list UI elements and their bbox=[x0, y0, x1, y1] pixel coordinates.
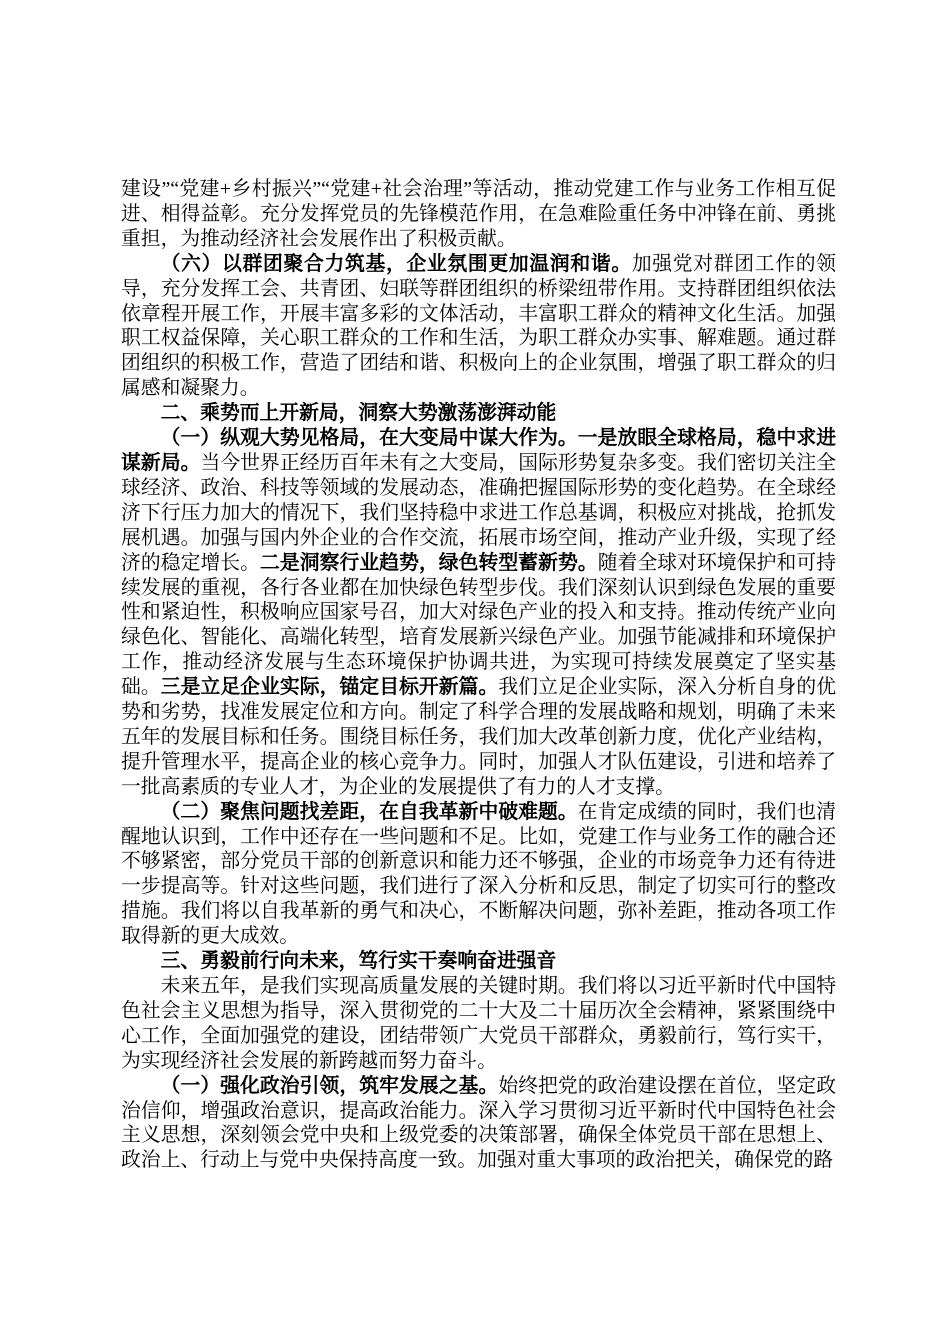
document-body: 建设”“党建+乡村振兴”“党建+社会治理”等活动，推动党建工作与业务工作相互促进… bbox=[121, 177, 836, 1173]
paragraph: （一）强化政治引领，筑牢发展之基。始终把党的政治建设摆在首位，坚定政治信仰，增强… bbox=[121, 1074, 836, 1174]
section-heading: 三、勇毅前行向未来，笃行实干奏响奋进强音 bbox=[121, 949, 836, 974]
paragraph: （六）以群团聚合力筑基，企业氛围更加温润和谐。加强党对群团工作的领导，充分发挥工… bbox=[121, 252, 836, 401]
bold-text-run: 三是立足企业实际，锚定目标开新篇。 bbox=[161, 676, 499, 698]
paragraph: （一）纵观大势见格局，在大变局中谋大作为。一是放眼全球格局，稳中求进谋新局。当今… bbox=[121, 426, 836, 800]
bold-text-run: （一）强化政治引领，筑牢发展之基。 bbox=[161, 1075, 499, 1097]
bold-text-run: 三、勇毅前行向未来，笃行实干奏响奋进强音 bbox=[161, 950, 557, 972]
bold-text-run: （二）聚焦问题找差距，在自我革新中破难题。 bbox=[161, 801, 578, 823]
bold-text-run: （六）以群团聚合力筑基，企业氛围更加温润和谐。 bbox=[161, 253, 632, 275]
bold-text-run: 二是洞察行业趋势，绿色转型蓄新势。 bbox=[260, 552, 598, 574]
paragraph: 建设”“党建+乡村振兴”“党建+社会治理”等活动，推动党建工作与业务工作相互促进… bbox=[121, 177, 836, 252]
text-run: 建设”“党建+乡村振兴”“党建+社会治理”等活动，推动党建工作与业务工作相互促进… bbox=[121, 178, 836, 250]
document-page: 建设”“党建+乡村振兴”“党建+社会治理”等活动，推动党建工作与业务工作相互促进… bbox=[0, 0, 950, 1344]
paragraph: 未来五年，是我们实现高质量发展的关键时期。我们将以习近平新时代中国特色社会主义思… bbox=[121, 974, 836, 1074]
bold-text-run: 二、乘势而上开新局，洞察大势激荡澎湃动能 bbox=[161, 402, 557, 424]
paragraph: （二）聚焦问题找差距，在自我革新中破难题。在肯定成绩的同时，我们也清醒地认识到，… bbox=[121, 800, 836, 949]
text-run: 未来五年，是我们实现高质量发展的关键时期。我们将以习近平新时代中国特色社会主义思… bbox=[121, 975, 836, 1072]
section-heading: 二、乘势而上开新局，洞察大势激荡澎湃动能 bbox=[121, 401, 836, 426]
